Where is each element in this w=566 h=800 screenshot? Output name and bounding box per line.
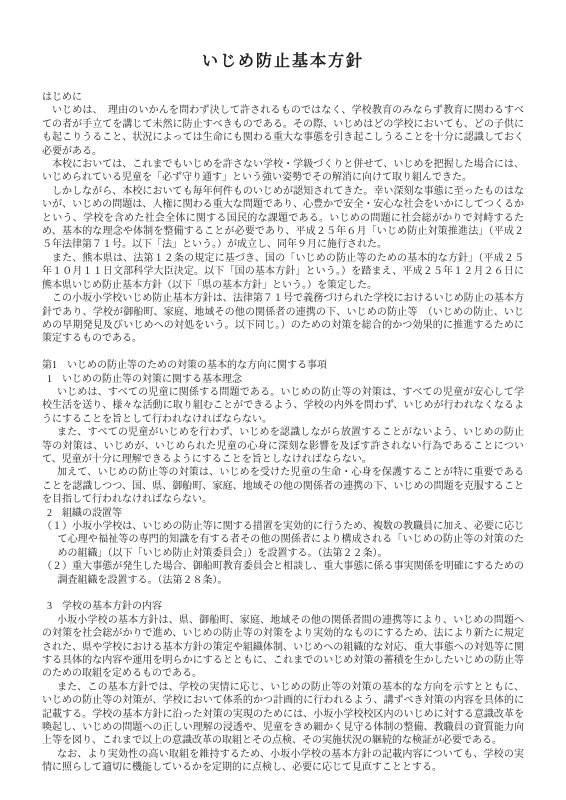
paragraph: しかしながら、本校においても毎年何件ものいじめが認知されてきた。幸い深刻な事態に…: [42, 185, 524, 252]
list-item: （２）重大事態が発生した場合、御船町教育委員会と相談し、重大事態に係る事実関係を…: [42, 560, 524, 587]
paragraph: いじめは、 理由のいかんを問わず決して許されるものではなく、学校教育のみならず教…: [42, 104, 524, 158]
paragraph: いじめは、すべての児童に関係する問題である。いじめの防止等の対策は、すべての児童…: [42, 386, 524, 426]
blank-line: [42, 346, 524, 359]
subsection3-heading: 3 学校の基本方針の内容: [47, 600, 524, 613]
subsection-policy-content: 3 学校の基本方針の内容 小坂小学校の基本方針は、県、御船町、家庭、地域その他の…: [42, 600, 524, 774]
paragraph: 本校においては、これまでもいじめを許さない学校・学級づくりと併せて、いじめを把握…: [42, 158, 524, 185]
subsection2-heading: 2 組織の設置等: [47, 507, 524, 520]
paragraph: 小坂小学校の基本方針は、県、御船町、家庭、地域その他の関係者間の連携等により、い…: [42, 614, 524, 681]
intro-section: はじめに いじめは、 理由のいかんを問わず決して許されるものではなく、学校教育の…: [42, 91, 524, 346]
document-page: いじめ防止基本方針 はじめに いじめは、 理由のいかんを問わず決して許されるもの…: [0, 0, 566, 800]
part1-section: 第1 いじめの防止等のための対策の基本的な方向に関する事項 1 いじめの防止等の…: [42, 359, 524, 775]
paragraph: 加えて、いじめの防止等の対策は、いじめを受けた児童の生命・心身を保護することが特…: [42, 466, 524, 506]
paragraph: また、この基本方針では、学校の実情に応じ、いじめの防止等の対策の基本的な方向を示…: [42, 681, 524, 748]
paragraph: なお、より実効性の高い取組を維持するため、小坂小学校の基本方針の記載内容について…: [42, 748, 524, 775]
subsection-organization: 2 組織の設置等 （１）小坂小学校は、いじめの防止等に関する措置を実効的に行うた…: [42, 507, 524, 587]
paragraph: この小坂小学校いじめ防止基本方針は、法律第７１号で義務づけられた学校におけるいじ…: [42, 292, 524, 346]
list-item: （１）小坂小学校は、いじめの防止等に関する措置を実効的に行うため、複数の教職員に…: [42, 520, 524, 560]
paragraph: また、熊本県は、法第１２条の規定に基づき、国の「いじめの防止等のための基本的な方…: [42, 252, 524, 292]
subsection-basic-principles: 1 いじめの防止等の対策に関する基本理念 いじめは、すべての児童に関係する問題で…: [42, 373, 524, 507]
blank-line: [42, 587, 524, 600]
part1-heading: 第1 いじめの防止等のための対策の基本的な方向に関する事項: [42, 359, 524, 372]
intro-heading: はじめに: [42, 91, 524, 104]
document-title: いじめ防止基本方針: [42, 48, 524, 71]
subsection1-heading: 1 いじめの防止等の対策に関する基本理念: [47, 373, 524, 386]
paragraph: また、すべての児童がいじめを行わず、いじめを認識しながら放置することがないよう、…: [42, 426, 524, 466]
